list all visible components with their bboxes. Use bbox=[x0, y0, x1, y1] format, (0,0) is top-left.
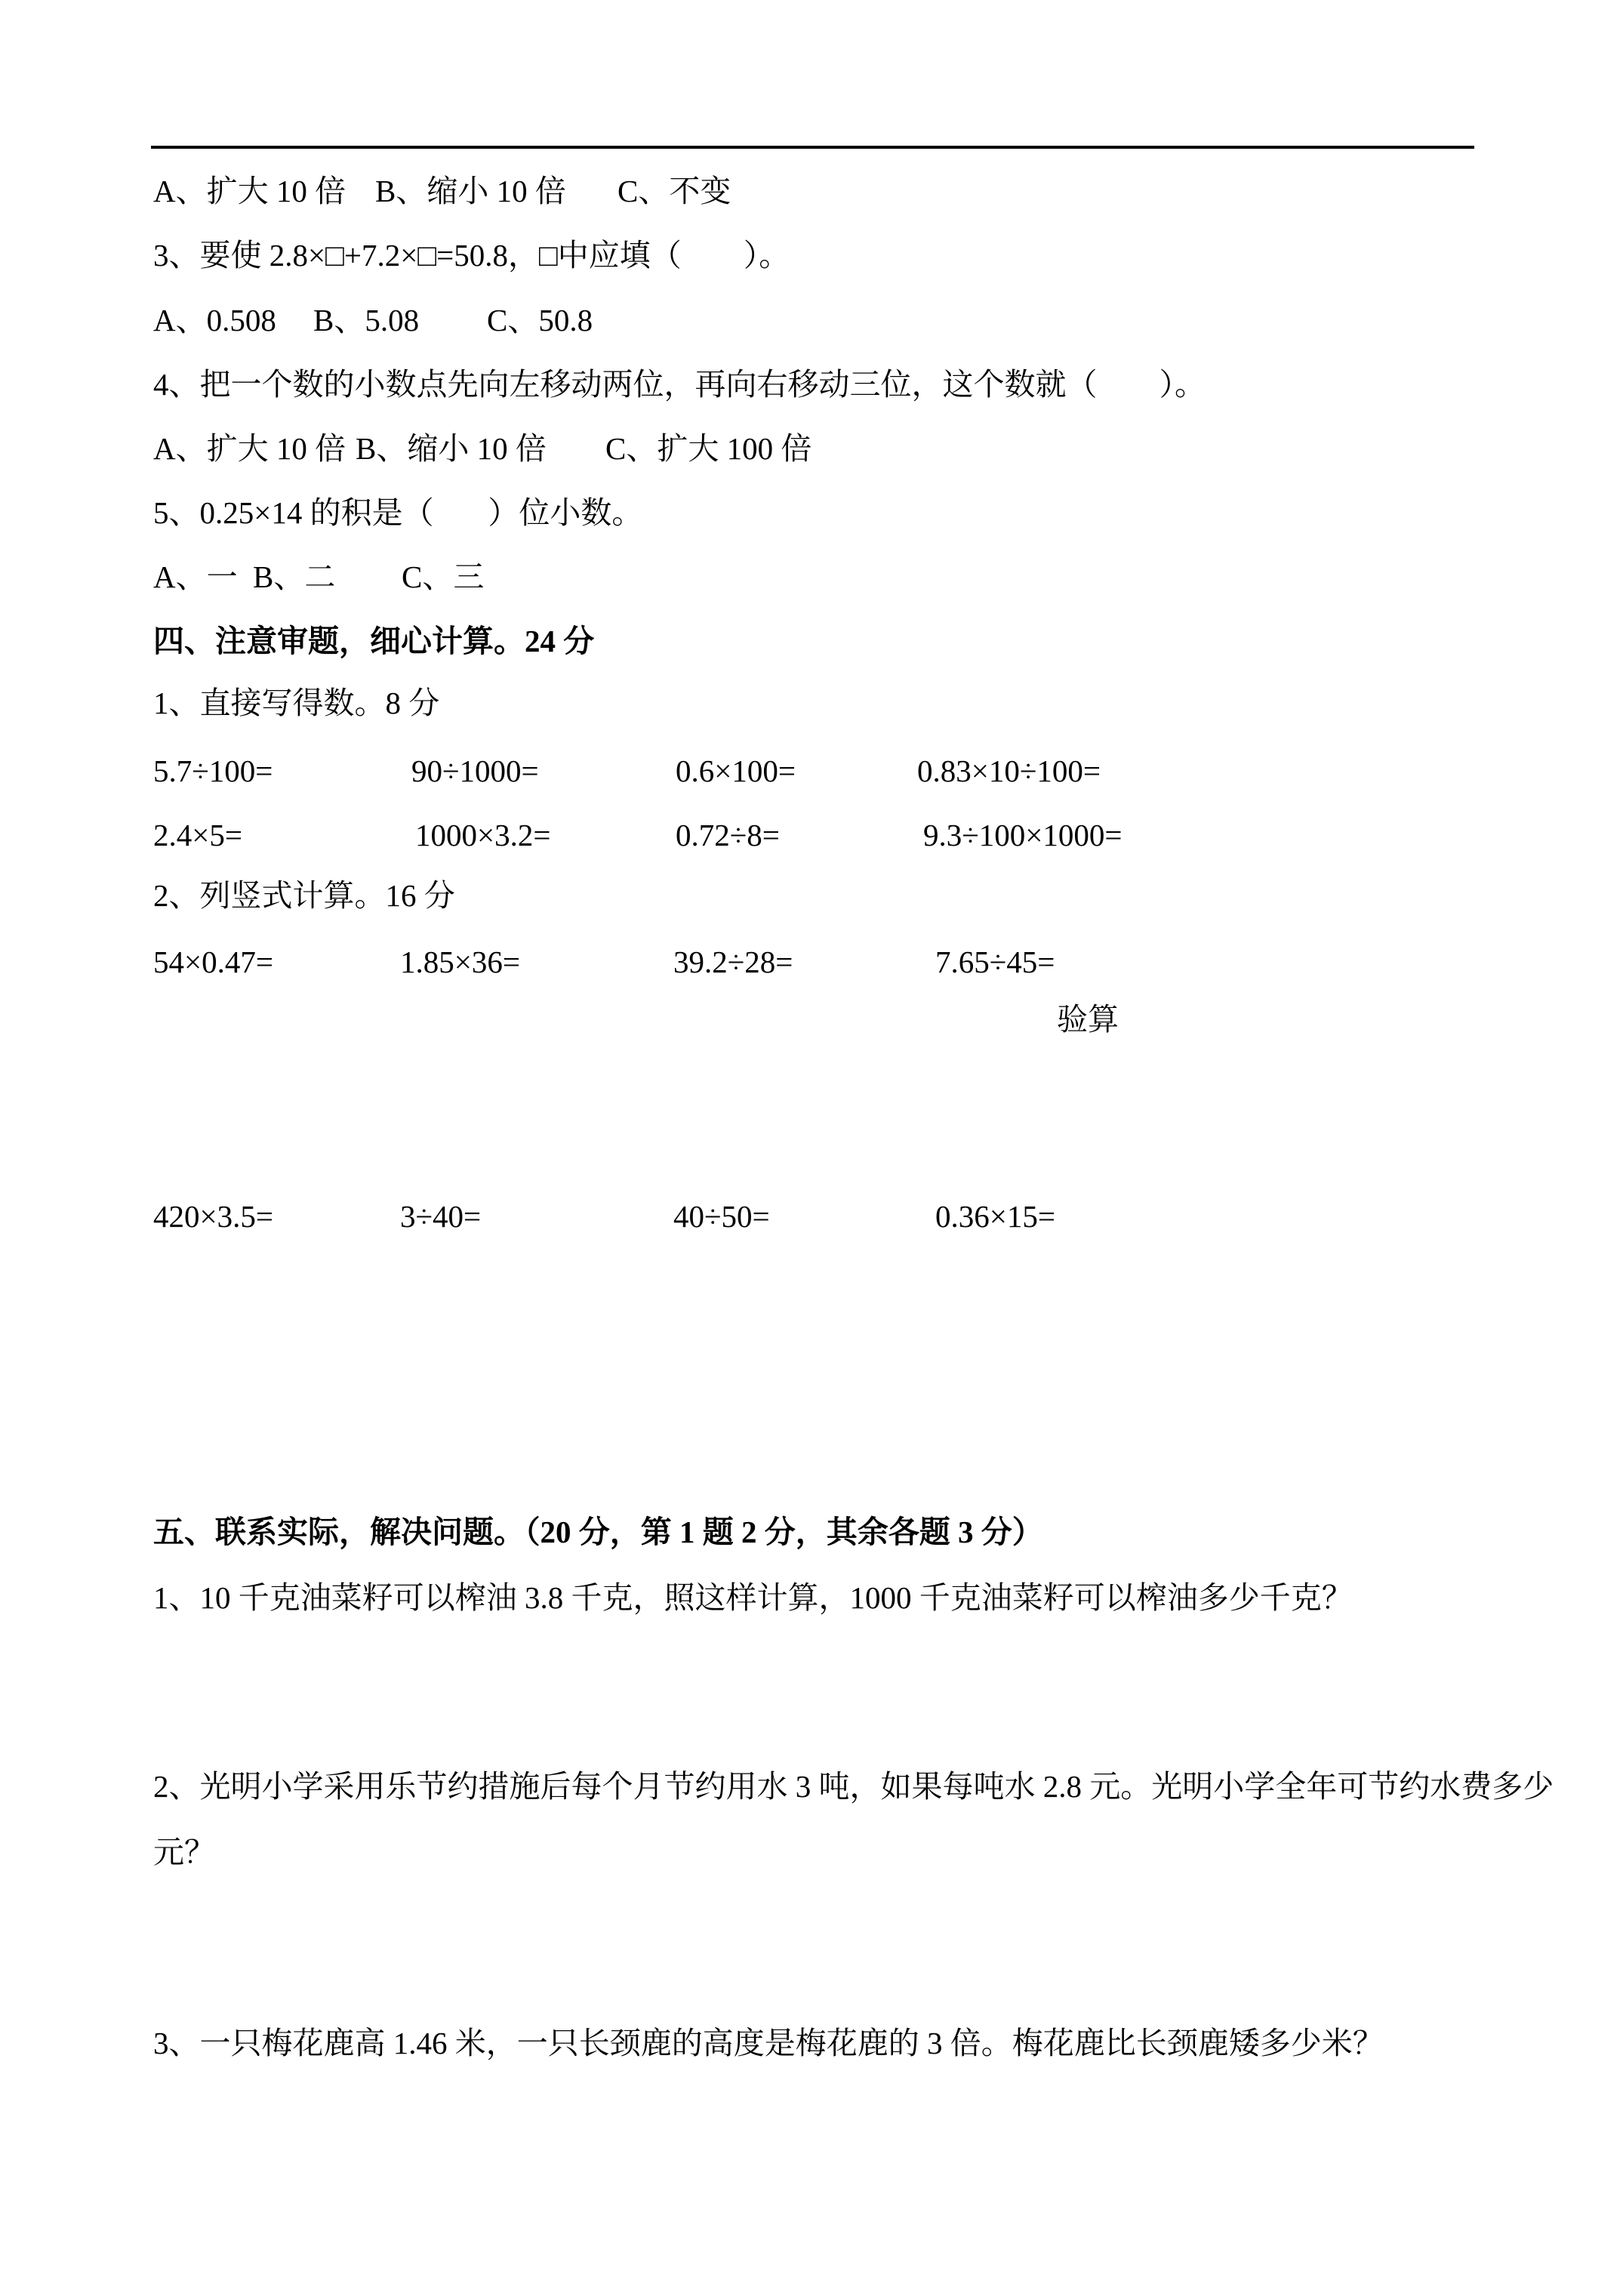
q3-option-b: B、5.08 bbox=[313, 303, 419, 338]
column-calc-item: 420×3.5= bbox=[153, 1199, 273, 1234]
q4-option-b: B、缩小 10 倍 bbox=[356, 431, 547, 467]
mental-calc-item: 5.7÷100= bbox=[153, 754, 273, 789]
mental-calc-item: 90÷1000= bbox=[411, 754, 539, 789]
q3-option-c: C、50.8 bbox=[487, 303, 593, 338]
q4-stem: 4、把一个数的小数点先向左移动两位，再向右移动三位，这个数就（ ）。 bbox=[153, 367, 1206, 402]
mental-calc-item: 0.72÷8= bbox=[676, 818, 780, 853]
q5-option-a: A、一 bbox=[153, 559, 238, 595]
q2-option-a: A、扩大 10 倍 bbox=[153, 174, 346, 209]
column-calc-item: 3÷40= bbox=[400, 1199, 481, 1234]
column-calc-item: 0.36×15= bbox=[935, 1199, 1055, 1234]
column-calc-item: 39.2÷28= bbox=[673, 945, 793, 980]
q5-option-b: B、二 bbox=[253, 559, 335, 595]
header-rule bbox=[151, 146, 1474, 149]
mental-calc-item: 1000×3.2= bbox=[415, 818, 551, 853]
section4-title: 四、注意审题，细心计算。24 分 bbox=[153, 624, 594, 659]
section4-part2-title: 2、列竖式计算。16 分 bbox=[153, 878, 455, 914]
mental-calc-item: 2.4×5= bbox=[153, 818, 242, 853]
word-problem-3: 3、一只梅花鹿高 1.46 米，一只长颈鹿的高度是梅花鹿的 3 倍。梅花鹿比长颈… bbox=[153, 2026, 1384, 2061]
q3-stem: 3、要使 2.8×□+7.2×□=50.8，□中应填（ ）。 bbox=[153, 238, 790, 273]
mental-calc-item: 0.83×10÷100= bbox=[917, 754, 1101, 789]
q4-option-c: C、扩大 100 倍 bbox=[605, 431, 811, 467]
q5-stem: 5、0.25×14 的积是（ ）位小数。 bbox=[153, 495, 642, 531]
check-calculation-label: 验算 bbox=[1057, 1002, 1119, 1037]
q3-option-a: A、0.508 bbox=[153, 303, 276, 338]
column-calc-item: 40÷50= bbox=[673, 1199, 770, 1234]
mental-calc-item: 0.6×100= bbox=[676, 754, 796, 789]
mental-calc-item: 9.3÷100×1000= bbox=[923, 818, 1123, 853]
section5-title: 五、联系实际，解决问题。（20 分，第 1 题 2 分，其余各题 3 分） bbox=[153, 1515, 1043, 1550]
q2-option-b: B、缩小 10 倍 bbox=[375, 174, 566, 209]
word-problem-2-line2: 元？ bbox=[153, 1835, 215, 1870]
word-problem-1: 1、10 千克油菜籽可以榨油 3.8 千克，照这样计算，1000 千克油菜籽可以… bbox=[153, 1580, 1353, 1616]
exam-page: A、扩大 10 倍 B、缩小 10 倍 C、不变 3、要使 2.8×□+7.2×… bbox=[0, 0, 1623, 2296]
word-problem-2-line1: 2、光明小学采用乐节约措施后每个月节约用水 3 吨，如果每吨水 2.8 元。光明… bbox=[153, 1769, 1554, 1804]
q2-option-c: C、不变 bbox=[617, 174, 731, 209]
column-calc-item: 7.65÷45= bbox=[935, 945, 1055, 980]
column-calc-item: 1.85×36= bbox=[400, 945, 520, 980]
q5-option-c: C、三 bbox=[402, 559, 484, 595]
q4-option-a: A、扩大 10 倍 bbox=[153, 431, 346, 467]
column-calc-item: 54×0.47= bbox=[153, 945, 273, 980]
section4-part1-title: 1、直接写得数。8 分 bbox=[153, 686, 439, 721]
